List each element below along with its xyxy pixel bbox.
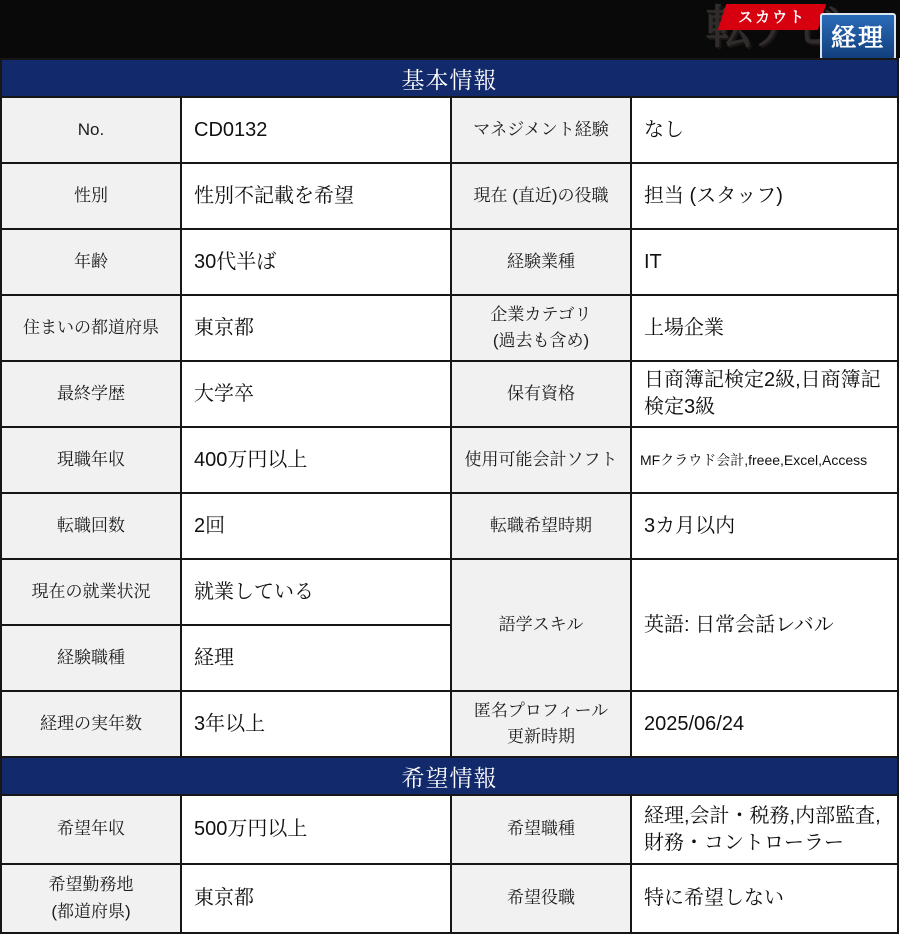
label-desired-timing: 転職希望時期 <box>451 493 631 559</box>
value-prefecture: 東京都 <box>181 295 451 361</box>
label-desired-position: 希望役職 <box>451 864 631 933</box>
label-desired-location: 希望勤務地 (都道府県) <box>1 864 181 933</box>
value-job-changes: 2回 <box>181 493 451 559</box>
table-row: 希望勤務地 (都道府県) 東京都 希望役職 特に希望しない <box>1 864 898 933</box>
table-row: 転職回数 2回 転職希望時期 3カ月以内 <box>1 493 898 559</box>
value-industry-exp: IT <box>631 229 898 295</box>
value-current-position: 担当 (スタッフ) <box>631 163 898 229</box>
section-header-basic: 基本情報 <box>1 59 898 97</box>
profile-table: 基本情報 No. CD0132 マネジメント経験 なし 性別 性別不記載を希望 … <box>0 58 899 934</box>
label-education: 最終学歴 <box>1 361 181 427</box>
value-profile-updated: 2025/06/24 <box>631 691 898 757</box>
scout-badge: スカウト <box>718 4 826 30</box>
value-desired-timing: 3カ月以内 <box>631 493 898 559</box>
label-desired-job-type: 希望職種 <box>451 795 631 864</box>
table-row: 現在の就業状況 就業している 語学スキル 英語: 日常会話レバル <box>1 559 898 625</box>
value-current-salary: 400万円以上 <box>181 427 451 493</box>
label-management-exp: マネジメント経験 <box>451 97 631 163</box>
label-company-category: 企業カテゴリ (過去も含め) <box>451 295 631 361</box>
value-education: 大学卒 <box>181 361 451 427</box>
label-employment-status: 現在の就業状況 <box>1 559 181 625</box>
label-no: No. <box>1 97 181 163</box>
value-desired-position: 特に希望しない <box>631 864 898 933</box>
keiri-badge: 経理 <box>820 13 896 58</box>
table-row: 最終学歴 大学卒 保有資格 日商簿記検定2級,日商簿記検定3級 <box>1 361 898 427</box>
label-job-type-exp: 経験職種 <box>1 625 181 691</box>
value-age: 30代半ば <box>181 229 451 295</box>
label-language-skill: 語学スキル <box>451 559 631 691</box>
value-desired-job-type: 経理,会計・税務,内部監査,財務・コントローラー <box>631 795 898 864</box>
value-accounting-years: 3年以上 <box>181 691 451 757</box>
section-title-basic: 基本情報 <box>1 59 898 97</box>
label-gender: 性別 <box>1 163 181 229</box>
label-desired-salary: 希望年収 <box>1 795 181 864</box>
value-no: CD0132 <box>181 97 451 163</box>
label-industry-exp: 経験業種 <box>451 229 631 295</box>
table-row: 性別 性別不記載を希望 現在 (直近)の役職 担当 (スタッフ) <box>1 163 898 229</box>
value-desired-location: 東京都 <box>181 864 451 933</box>
value-qualifications: 日商簿記検定2級,日商簿記検定3級 <box>631 361 898 427</box>
label-accounting-software: 使用可能会計ソフト <box>451 427 631 493</box>
label-prefecture: 住まいの都道府県 <box>1 295 181 361</box>
label-current-position: 現在 (直近)の役職 <box>451 163 631 229</box>
table-row: No. CD0132 マネジメント経験 なし <box>1 97 898 163</box>
table-row: 経理の実年数 3年以上 匿名プロフィール 更新時期 2025/06/24 <box>1 691 898 757</box>
section-title-wish: 希望情報 <box>1 757 898 795</box>
table-row: 年齢 30代半ば 経験業種 IT <box>1 229 898 295</box>
label-qualifications: 保有資格 <box>451 361 631 427</box>
label-current-salary: 現職年収 <box>1 427 181 493</box>
value-company-category: 上場企業 <box>631 295 898 361</box>
value-desired-salary: 500万円以上 <box>181 795 451 864</box>
value-gender: 性別不記載を希望 <box>181 163 451 229</box>
label-accounting-years: 経理の実年数 <box>1 691 181 757</box>
value-accounting-software: MFクラウド会計,freee,Excel,Access <box>631 427 898 493</box>
scout-badge-label: スカウト <box>738 6 806 27</box>
value-management-exp: なし <box>631 97 898 163</box>
section-header-wish: 希望情報 <box>1 757 898 795</box>
value-employment-status: 就業している <box>181 559 451 625</box>
table-row: 現職年収 400万円以上 使用可能会計ソフト MFクラウド会計,freee,Ex… <box>1 427 898 493</box>
table-row: 希望年収 500万円以上 希望職種 経理,会計・税務,内部監査,財務・コントロー… <box>1 795 898 864</box>
value-job-type-exp: 経理 <box>181 625 451 691</box>
label-age: 年齢 <box>1 229 181 295</box>
table-row: 住まいの都道府県 東京都 企業カテゴリ (過去も含め) 上場企業 <box>1 295 898 361</box>
top-banner: 転ナビ スカウト 経理 <box>0 0 900 58</box>
value-language-skill: 英語: 日常会話レバル <box>631 559 898 691</box>
label-profile-updated: 匿名プロフィール 更新時期 <box>451 691 631 757</box>
label-job-changes: 転職回数 <box>1 493 181 559</box>
